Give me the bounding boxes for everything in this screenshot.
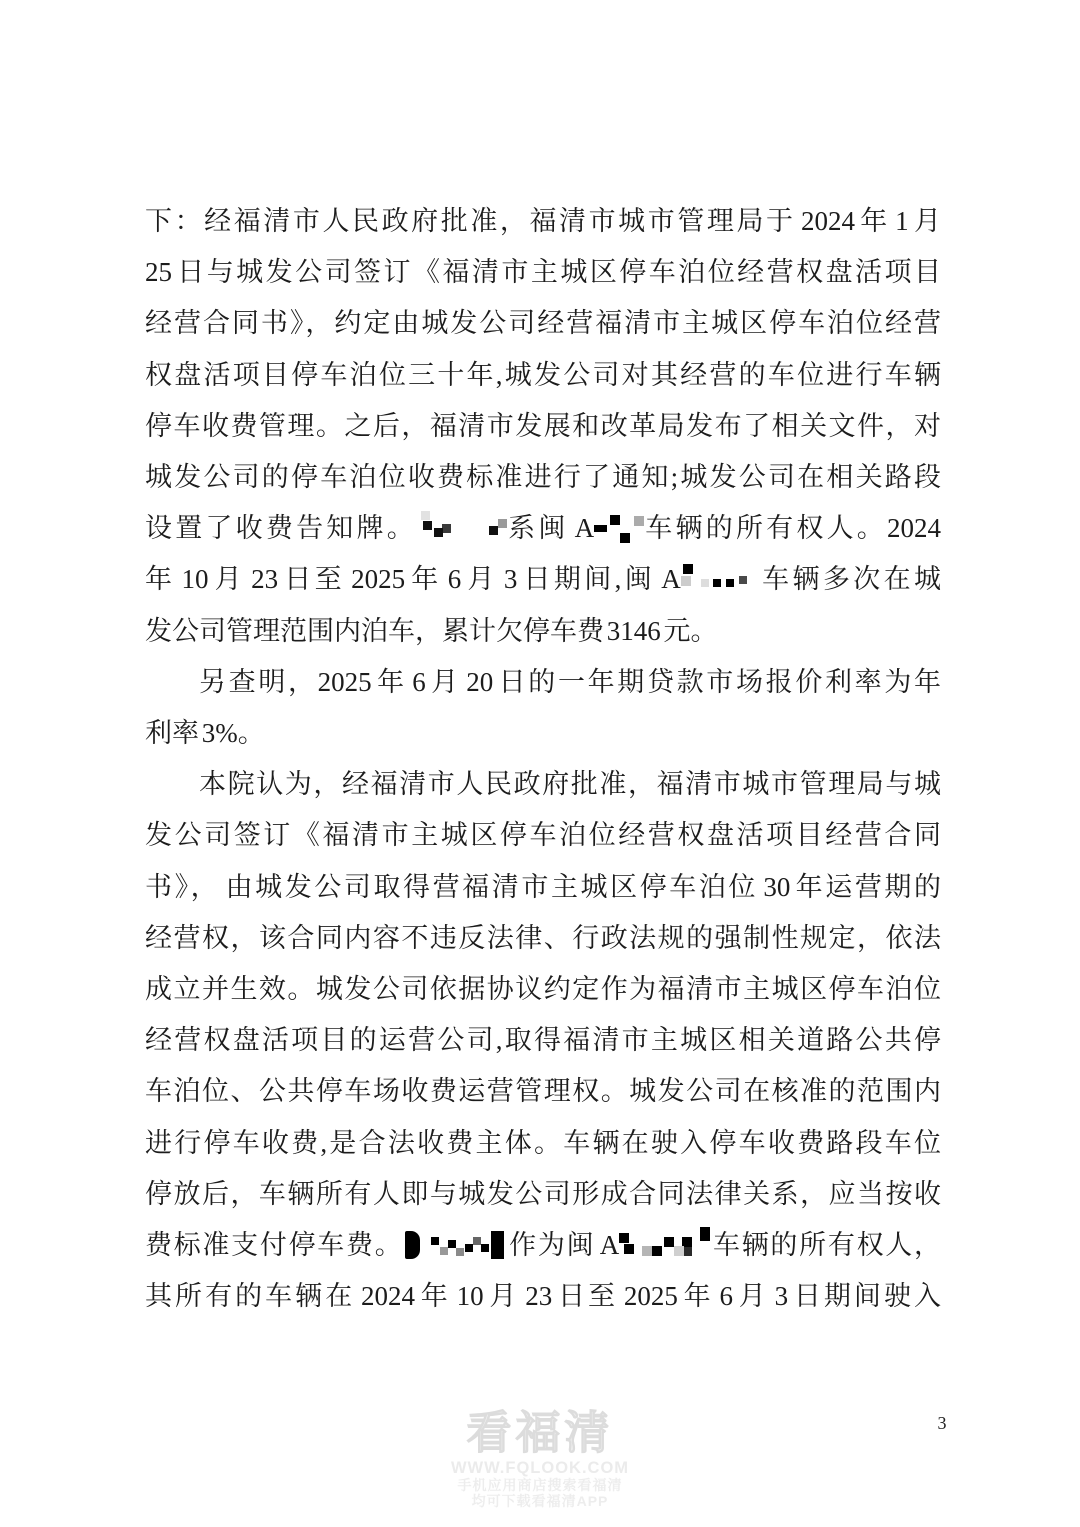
- text-line: 本院认为，经福清市人民政府批准，福清市城市管理局与城: [145, 759, 941, 810]
- text-segment: 费标准支付停车费。: [145, 1230, 403, 1260]
- watermark-caption-line2: 均可下载看福清APP: [0, 1495, 1080, 1509]
- redaction-mosaic-plate-number: [594, 510, 642, 546]
- text-line: 发公司签订《福清市主城区停车泊位经营权盘活项目经营合同: [145, 810, 941, 861]
- text-line: 下：经福清市人民政府批准，福清市城市管理局于 2024 年 1 月: [145, 196, 941, 247]
- text-segment: 车辆多次在城: [759, 564, 941, 594]
- text-line: 权盘活项目停车泊位三十年,城发公司对其经营的车位进行车辆: [145, 350, 941, 401]
- text-segment: 系闽 A: [505, 513, 594, 543]
- text-line: 成立并生效。城发公司依据协议约定作为福清市主城区停车泊位: [145, 964, 941, 1015]
- site-watermark: 看福清 WWW.FQLOOK.COM 手机应用商店搜索看福清 均可下载看福清AP…: [0, 1409, 1080, 1508]
- redaction-mosaic-plate-number: [619, 1227, 711, 1263]
- redaction-mosaic-owner-name: [403, 1227, 507, 1263]
- text-line: 停车收费管理。之后，福清市发展和改革局发布了相关文件，对: [145, 401, 941, 452]
- redaction-mosaic-owner-name: [417, 510, 505, 546]
- text-segment: 车辆的所有权人。2024: [642, 513, 941, 543]
- text-line: 经营合同书》，约定由城发公司经营福清市主城区停车泊位经营: [145, 298, 941, 349]
- text-line: 车泊位、公共停车场收费运营管理权。城发公司在核准的范围内: [145, 1066, 941, 1117]
- text-line: 另查明，2025 年 6 月 20 日的一年期贷款市场报价利率为年: [145, 657, 941, 708]
- text-line: 书》， 由城发公司取得营福清市主城区停车泊位 30 年运营期的: [145, 862, 941, 913]
- redaction-mosaic-plate-number: [681, 561, 759, 597]
- watermark-logo-text: 看福清: [0, 1409, 1080, 1457]
- watermark-caption-line1: 手机应用商店搜索看福清: [0, 1479, 1080, 1493]
- text-line: 停放后，车辆所有人即与城发公司形成合同法律关系，应当按收: [145, 1169, 941, 1220]
- text-line: 发公司管理范围内泊车，累计欠停车费 3146 元。: [145, 606, 941, 657]
- paragraph: 本院认为，经福清市人民政府批准，福清市城市管理局与城 发公司签订《福清市主城区停…: [145, 759, 941, 1322]
- text-segment: 作为闽 A: [507, 1230, 619, 1260]
- document-text: 下：经福清市人民政府批准，福清市城市管理局于 2024 年 1 月 25 日与城…: [145, 0, 941, 1322]
- text-line: 费标准支付停车费。作为闽 A车辆的所有权人，: [145, 1220, 941, 1271]
- page-number: 3: [926, 1413, 958, 1434]
- text-segment: 年 10 月 23 日至 2025 年 6 月 3 日期间,闽 A: [145, 564, 681, 594]
- watermark-url: WWW.FQLOOK.COM: [0, 1459, 1080, 1477]
- text-segment: 设置了收费告知牌。: [145, 513, 417, 543]
- text-line: 经营权盘活项目的运营公司,取得福清市主城区相关道路公共停: [145, 1015, 941, 1066]
- text-line: 设置了收费告知牌。系闽 A车辆的所有权人。2024: [145, 503, 941, 554]
- paragraph: 另查明，2025 年 6 月 20 日的一年期贷款市场报价利率为年 利率 3%。: [145, 657, 941, 759]
- text-line: 其所有的车辆在 2024 年 10 月 23 日至 2025 年 6 月 3 日…: [145, 1271, 941, 1322]
- document-page: 下：经福清市人民政府批准，福清市城市管理局于 2024 年 1 月 25 日与城…: [0, 0, 1080, 1527]
- text-line: 25 日与城发公司签订《福清市主城区停车泊位经营权盘活项目: [145, 247, 941, 298]
- paragraph: 下：经福清市人民政府批准，福清市城市管理局于 2024 年 1 月 25 日与城…: [145, 196, 941, 657]
- text-line: 进行停车收费,是合法收费主体。车辆在驶入停车收费路段车位: [145, 1118, 941, 1169]
- text-line: 利率 3%。: [145, 708, 941, 759]
- text-line: 经营权，该合同内容不违反法律、行政法规的强制性规定，依法: [145, 913, 941, 964]
- text-line: 城发公司的停车泊位收费标准进行了通知;城发公司在相关路段: [145, 452, 941, 503]
- text-line: 年 10 月 23 日至 2025 年 6 月 3 日期间,闽 A车辆多次在城: [145, 554, 941, 605]
- text-segment: 车辆的所有权人，: [711, 1230, 941, 1260]
